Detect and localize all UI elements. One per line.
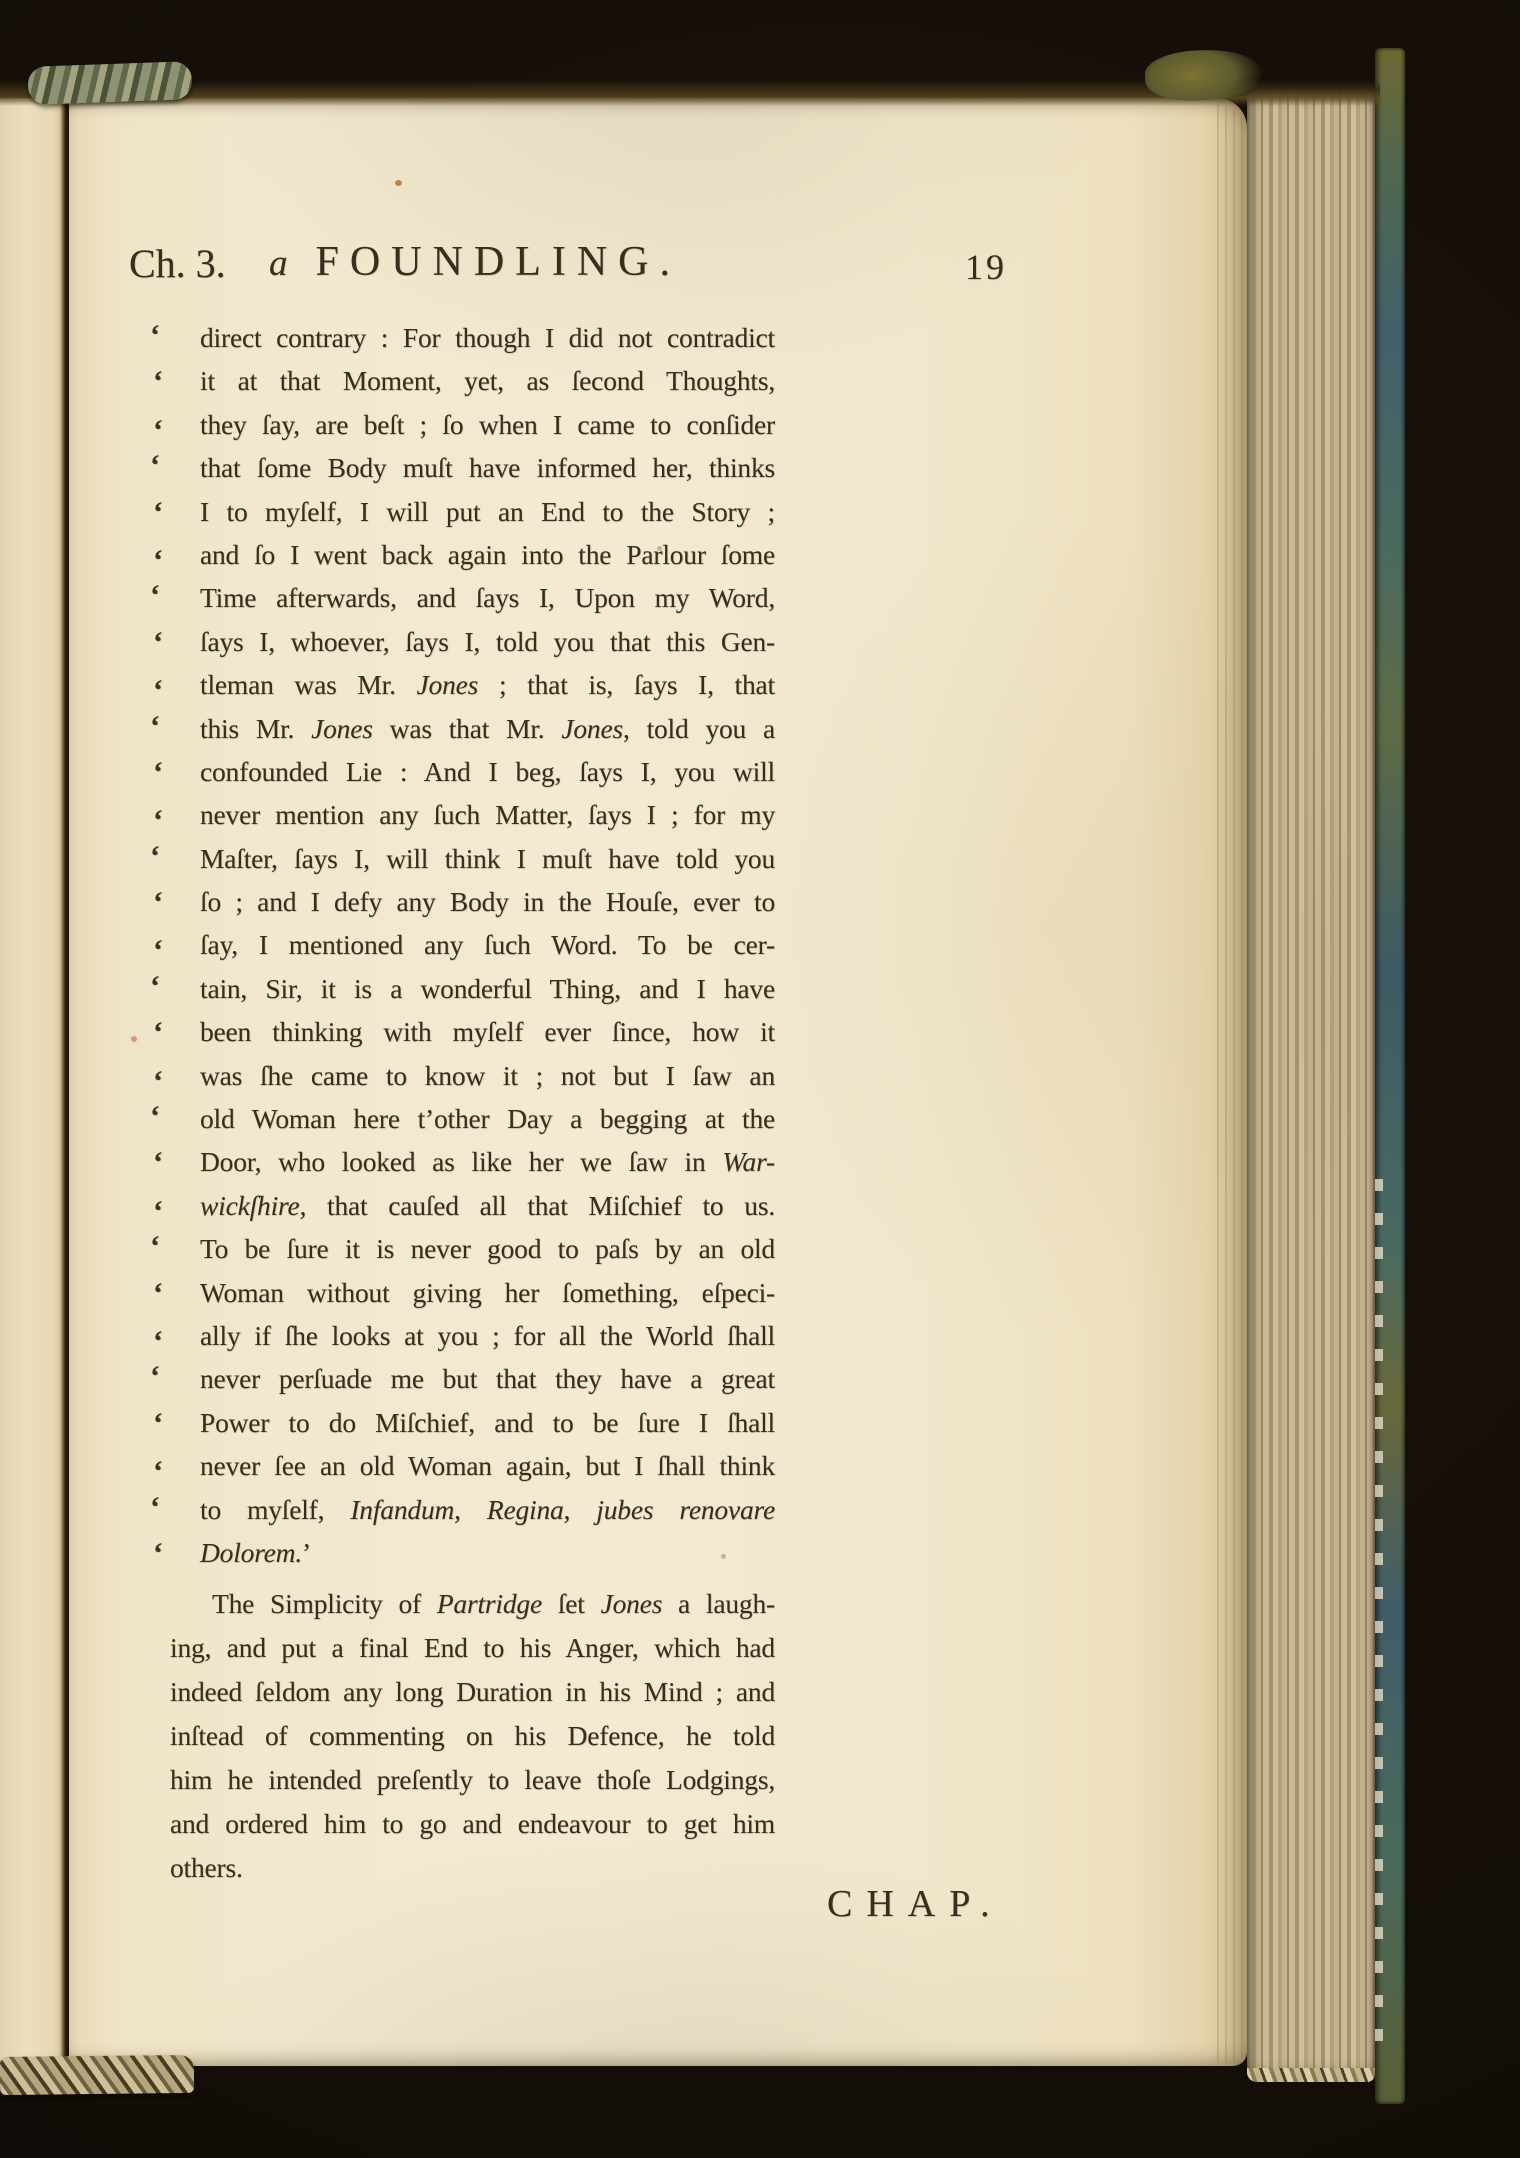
text-line: ‘ally if ſhe looks at you ; for all the … — [200, 1314, 775, 1357]
page-number: 19 — [965, 246, 1007, 288]
text-line: ‘and ſo I went back again into the Parlo… — [200, 533, 775, 576]
quote-mark: ‘ — [153, 881, 163, 924]
chapter-label: Ch. 3. — [129, 240, 226, 287]
text-segment: others. — [170, 1852, 243, 1883]
quote-mark: ‘ — [153, 751, 163, 794]
text-segment: The Simplicity of — [212, 1588, 437, 1619]
text-segment: tleman was Mr. — [200, 669, 417, 700]
quote-mark: ‘ — [153, 1011, 163, 1054]
text-segment: ’ — [302, 1537, 311, 1568]
text-line: ‘Dolorem.’ — [200, 1531, 775, 1574]
text-segment: Woman without giving her ſomething, eſpe… — [200, 1277, 775, 1308]
quote-mark: ‘ — [150, 1355, 160, 1398]
text-line: inſtead of commenting on his Defence, he… — [170, 1714, 775, 1758]
italic-text-segment: Infandum, Regina, jubes renovare — [350, 1494, 775, 1525]
text-line: ‘they ſay, are beſt ; ſo when I came to … — [200, 403, 775, 446]
quote-mark: ‘ — [153, 360, 163, 403]
italic-text-segment: wickſhire, — [200, 1190, 306, 1221]
quote-mark: ‘ — [153, 1272, 163, 1315]
text-segment: him he intended preſently to leave thoſe… — [170, 1764, 775, 1795]
text-line: him he intended preſently to leave thoſe… — [170, 1758, 775, 1802]
cover-edge — [1375, 48, 1405, 2104]
text-segment: tain, Sir, it is a wonderful Thing, and … — [200, 973, 775, 1004]
text-line: ‘ſay, I mentioned any ſuch Word. To be c… — [200, 923, 775, 966]
quote-mark: ‘ — [153, 1141, 163, 1184]
text-segment: ing, and put a final End to his Anger, w… — [170, 1632, 775, 1663]
text-segment: To be ſure it is never good to paſs by a… — [200, 1233, 775, 1264]
text-line: ‘never mention any ſuch Matter, ſays I ;… — [200, 793, 775, 836]
text-line: ‘it at that Moment, yet, as ſecond Thoug… — [200, 359, 775, 402]
italic-text-segment: Jones — [417, 669, 479, 700]
text-line: ‘confounded Lie : And I beg, ſays I, you… — [200, 750, 775, 793]
italic-text-segment: Jones — [561, 713, 623, 744]
title-article: a — [269, 243, 288, 284]
text-line: ‘old Woman here t’other Day a begging at… — [200, 1097, 775, 1140]
italic-text-segment: Partridge — [437, 1588, 542, 1619]
text-segment: old Woman here t’other Day a begging at … — [200, 1103, 775, 1134]
foxing-spot — [721, 1554, 726, 1559]
text-segment: to myſelf, — [200, 1494, 350, 1525]
text-line: ‘was ſhe came to know it ; not but I ſaw… — [200, 1054, 775, 1097]
text-line: ‘never ſee an old Woman again, but I ſha… — [200, 1444, 775, 1487]
text-segment: and ſo I went back again into the Parlou… — [200, 539, 775, 570]
text-line: others. — [170, 1846, 775, 1890]
main-paragraph: The Simplicity of Partridge ſet Jones a … — [170, 1582, 775, 1890]
text-line: ‘Maſter, ſays I, will think I muſt have … — [200, 837, 775, 880]
text-line: ing, and put a final End to his Anger, w… — [170, 1626, 775, 1670]
text-line: ‘that ſome Body muſt have informed her, … — [200, 446, 775, 489]
quote-mark: ‘ — [150, 1225, 160, 1268]
quote-mark: ‘ — [150, 314, 160, 357]
text-line: ‘been thinking with myſelf ever ſince, h… — [200, 1010, 775, 1053]
quote-mark: ‘ — [153, 621, 163, 664]
text-segment: indeed ſeldom any long Duration in his M… — [170, 1676, 775, 1707]
text-line: ‘To be ſure it is never good to paſs by … — [200, 1227, 775, 1270]
italic-text-segment: Jones — [601, 1588, 663, 1619]
text-segment: Power to do Miſchief, and to be ſure I ſ… — [200, 1407, 775, 1438]
text-segment: inſtead of commenting on his Defence, he… — [170, 1720, 775, 1751]
text-segment: ; that is, ſays I, that — [478, 669, 775, 700]
quote-mark: ‘ — [153, 491, 163, 534]
book-photo: Ch. 3. aFOUNDLING. 19 ‘direct contrary :… — [0, 0, 1520, 2158]
quote-mark: ‘ — [150, 574, 160, 617]
text-segment: ally if ſhe looks at you ; for all the W… — [200, 1320, 775, 1351]
text-segment: confounded Lie : And I beg, ſays I, you … — [200, 756, 775, 787]
quote-mark: ‘ — [150, 705, 160, 748]
quote-mark: ‘ — [150, 1486, 160, 1529]
text-line: ‘Door, who looked as like her we ſaw in … — [200, 1140, 775, 1183]
text-segment: was ſhe came to know it ; not but I ſaw … — [200, 1060, 775, 1091]
text-line: ‘I to myſelf, I will put an End to the S… — [200, 490, 775, 533]
headband-top — [27, 61, 192, 105]
page-title: aFOUNDLING. — [269, 238, 681, 286]
text-line: ‘wickſhire, that cauſed all that Miſchie… — [200, 1184, 775, 1227]
text-segment: never ſee an old Woman again, but I ſhal… — [200, 1450, 775, 1481]
text-segment: Maſter, ſays I, will think I muſt have t… — [200, 843, 775, 874]
text-line: ‘to myſelf, Infandum, Regina, jubes reno… — [200, 1488, 775, 1531]
text-line: ‘never perſuade me but that they have a … — [200, 1357, 775, 1400]
text-segment: ſo ; and I defy any Body in the Houſe, e… — [200, 886, 775, 917]
text-segment: I to myſelf, I will put an End to the St… — [200, 496, 775, 527]
quote-mark: ‘ — [153, 1532, 163, 1575]
title-text: FOUNDLING. — [316, 239, 682, 285]
text-segment: was that Mr. — [373, 713, 562, 744]
quote-mark: ‘ — [150, 444, 160, 487]
text-line: ‘tleman was Mr. Jones ; that is, ſays I,… — [200, 663, 775, 706]
endband-bottom — [0, 2055, 194, 2095]
quote-mark: ‘ — [150, 1095, 160, 1138]
text-segment: Time afterwards, and ſays I, Upon my Wor… — [200, 582, 775, 613]
text-line: ‘direct contrary : For though I did not … — [200, 316, 775, 359]
book-page: Ch. 3. aFOUNDLING. 19 ‘direct contrary :… — [69, 98, 1247, 2066]
text-segment: , told you a — [623, 713, 775, 744]
text-line: ‘Woman without giving her ſomething, eſp… — [200, 1271, 775, 1314]
fore-edge-pages — [1247, 90, 1375, 2082]
text-segment: and ordered him to go and endeavour to g… — [170, 1808, 775, 1839]
foxing-spot — [657, 546, 662, 551]
quote-mark: ‘ — [150, 835, 160, 878]
text-segment: ſet — [542, 1588, 601, 1619]
text-line: ‘tain, Sir, it is a wonderful Thing, and… — [200, 967, 775, 1010]
quote-mark: ‘ — [150, 965, 160, 1008]
text-segment: they ſay, are beſt ; ſo when I came to c… — [200, 409, 775, 440]
text-line: The Simplicity of Partridge ſet Jones a … — [170, 1582, 775, 1626]
italic-text-segment: War- — [722, 1146, 775, 1177]
text-segment: it at that Moment, yet, as ſecond Though… — [200, 365, 775, 396]
text-segment: never perſuade me but that they have a g… — [200, 1363, 775, 1394]
text-segment: ſays I, whoever, ſays I, told you that t… — [200, 626, 775, 657]
italic-text-segment: Jones — [311, 713, 373, 744]
text-segment: Door, who looked as like her we ſaw in — [200, 1146, 722, 1177]
text-line: ‘Time afterwards, and ſays I, Upon my Wo… — [200, 576, 775, 619]
foxing-spot — [395, 180, 402, 186]
catchword: CHAP. — [827, 1882, 1004, 1926]
text-segment: that cauſed all that Miſchief to us. — [306, 1190, 775, 1221]
text-segment: direct contrary : For though I did not c… — [200, 322, 775, 353]
text-line: ‘ſays I, whoever, ſays I, told you that … — [200, 620, 775, 663]
text-segment: a laugh- — [662, 1588, 775, 1619]
text-segment: that ſome Body muſt have informed her, t… — [200, 452, 775, 483]
quote-mark: ‘ — [153, 1402, 163, 1445]
facing-page-edge — [0, 98, 66, 2066]
text-segment: been thinking with myſelf ever ſince, ho… — [200, 1016, 775, 1047]
text-line: indeed ſeldom any long Duration in his M… — [170, 1670, 775, 1714]
foxing-spot — [131, 1036, 137, 1042]
text-line: ‘Power to do Miſchief, and to be ſure I … — [200, 1401, 775, 1444]
italic-text-segment: Dolorem. — [200, 1537, 302, 1568]
text-segment: this Mr. — [200, 713, 311, 744]
text-segment: never mention any ſuch Matter, ſays I ; … — [200, 799, 775, 830]
text-line: ‘this Mr. Jones was that Mr. Jones, told… — [200, 707, 775, 750]
text-segment: ſay, I mentioned any ſuch Word. To be ce… — [200, 929, 775, 960]
text-line: and ordered him to go and endeavour to g… — [170, 1802, 775, 1846]
text-line: ‘ſo ; and I defy any Body in the Houſe, … — [200, 880, 775, 923]
quoted-passage: ‘direct contrary : For though I did not … — [200, 316, 775, 1574]
